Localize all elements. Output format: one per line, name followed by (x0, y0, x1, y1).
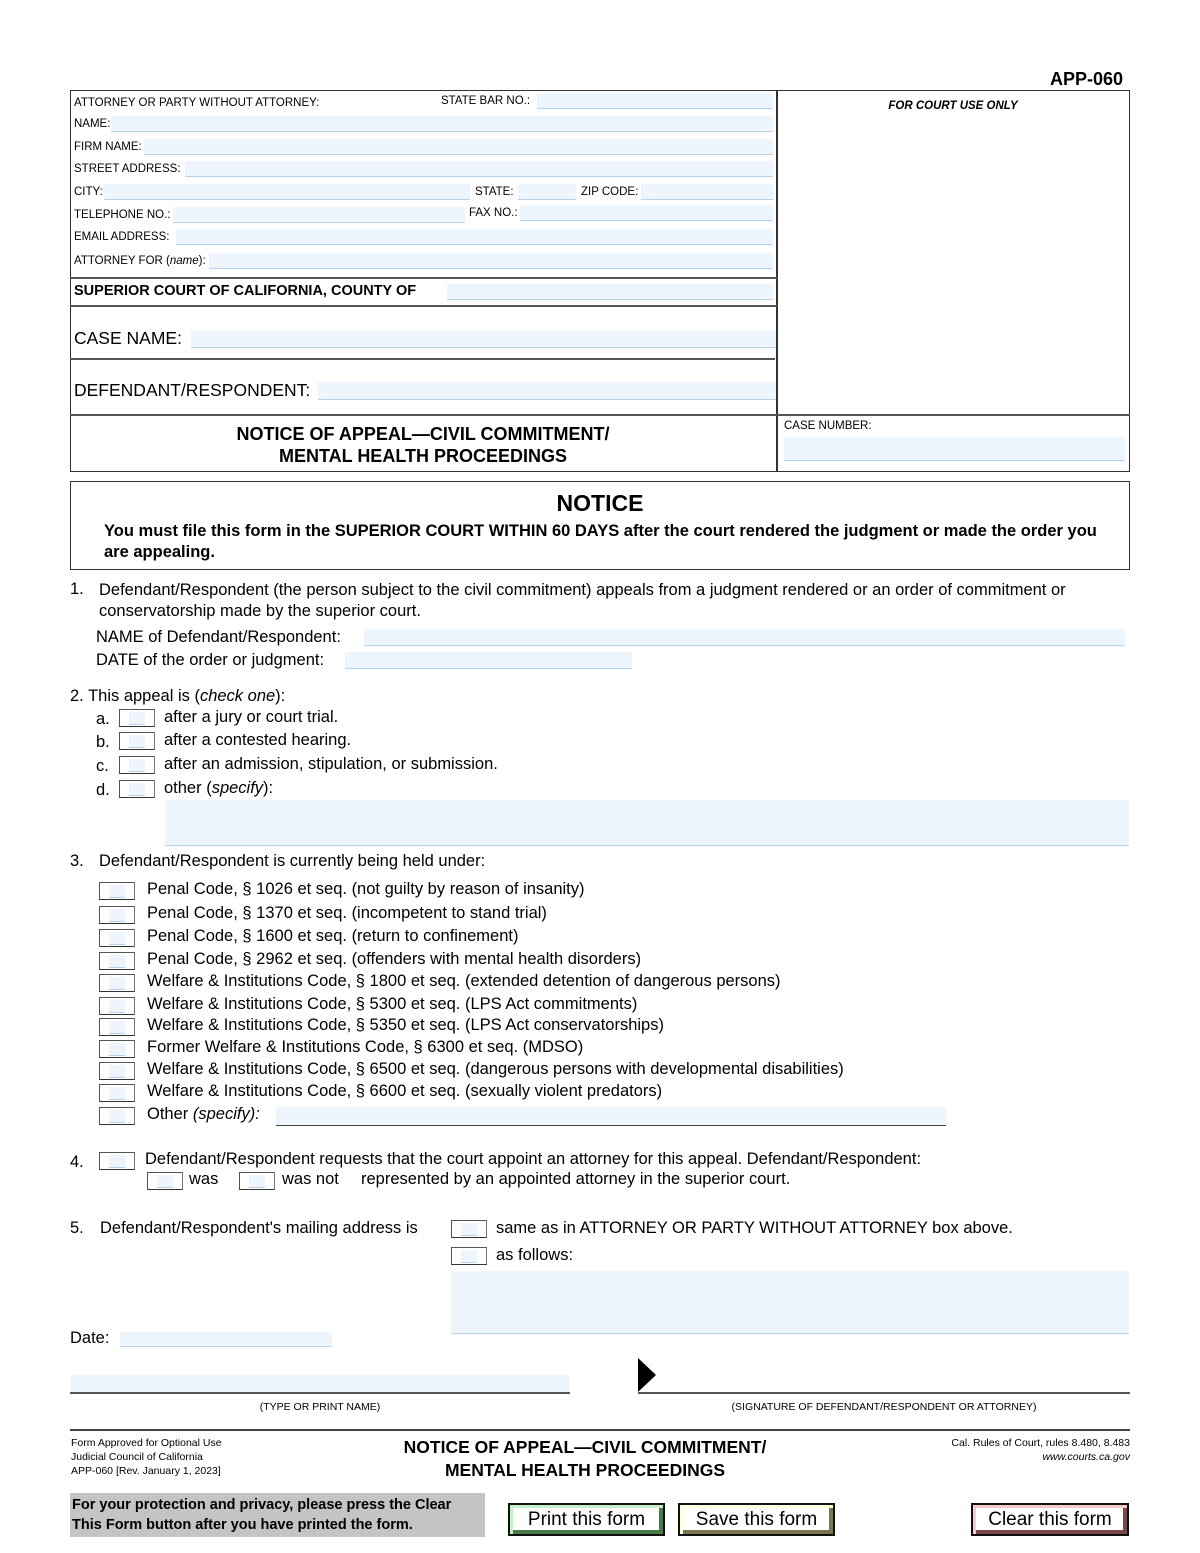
fax-input[interactable] (520, 205, 773, 221)
item5-same-checkbox[interactable] (451, 1220, 487, 1238)
clear-form-button[interactable]: Clear this form (971, 1503, 1129, 1536)
firm-name-input[interactable] (144, 139, 773, 155)
item3-option-label: Welfare & Institutions Code, § 1800 et s… (147, 972, 781, 991)
item2b-letter: b. (96, 733, 110, 752)
item2d-letter: d. (96, 781, 110, 800)
item4-tail: represented by an appointed attorney in … (361, 1170, 790, 1189)
item2d-checkbox[interactable] (119, 780, 155, 798)
item3-option-checkbox[interactable] (99, 882, 135, 900)
item2-intro: This appeal is ( (88, 687, 200, 705)
defendant-input[interactable] (318, 382, 776, 400)
case-number-input[interactable] (784, 437, 1125, 461)
item3-option-label: Former Welfare & Institutions Code, § 63… (147, 1038, 583, 1057)
item3-option-checkbox[interactable] (99, 929, 135, 947)
county-input[interactable] (447, 284, 773, 300)
telephone-label: TELEPHONE NO.: (74, 209, 171, 221)
city-input[interactable] (104, 184, 470, 200)
email-label: EMAIL ADDRESS: (74, 231, 169, 243)
item2b-label: after a contested hearing. (164, 731, 351, 750)
footer-divider (70, 1429, 1130, 1431)
item4-text: Defendant/Respondent requests that the c… (145, 1150, 921, 1169)
attorney-for-label: ATTORNEY FOR (name): (74, 255, 206, 267)
footer-left-line3: APP-060 [Rev. January 1, 2023] (71, 1464, 222, 1478)
divider (70, 277, 777, 279)
state-bar-input[interactable] (537, 93, 773, 109)
telephone-input[interactable] (173, 207, 465, 223)
name-label: NAME: (74, 118, 110, 130)
item3-number: 3. (70, 852, 84, 871)
case-name-label: CASE NAME: (74, 328, 182, 349)
item3-option-label: Penal Code, § 1600 et seq. (return to co… (147, 927, 518, 946)
item3-other-label: Other (specify): (147, 1105, 260, 1124)
signature-arrow-icon (638, 1358, 656, 1392)
item3-option-checkbox[interactable] (99, 1018, 135, 1036)
item4-was-checkbox[interactable] (147, 1172, 183, 1190)
street-address-input[interactable] (185, 161, 773, 177)
item3-option-label: Welfare & Institutions Code, § 5300 et s… (147, 995, 637, 1014)
item3-other-checkbox[interactable] (99, 1107, 135, 1125)
print-name-line (70, 1392, 570, 1394)
email-input[interactable] (176, 229, 773, 245)
footer-left: Form Approved for Optional Use Judicial … (71, 1436, 222, 1478)
print-name-input[interactable] (70, 1375, 570, 1392)
signature-caption: (SIGNATURE OF DEFENDANT/RESPONDENT OR AT… (638, 1401, 1130, 1413)
divider (70, 358, 775, 360)
footer-website-link[interactable]: www.courts.ca.gov (951, 1450, 1130, 1464)
item2-intro-close: ): (275, 687, 285, 705)
court-use-only: FOR COURT USE ONLY (778, 100, 1128, 112)
item5-text: Defendant/Respondent's mailing address i… (100, 1219, 418, 1238)
item5-same-label: same as in ATTORNEY OR PARTY WITHOUT ATT… (496, 1219, 1013, 1238)
item2-number: 2. (70, 687, 84, 705)
order-date-input[interactable] (345, 652, 632, 669)
item1-date-label: DATE of the order or judgment: (96, 651, 324, 670)
item3-other-italic: (specify): (193, 1105, 260, 1123)
print-form-button[interactable]: Print this form (508, 1503, 665, 1536)
item3-other-text: Other (147, 1105, 193, 1123)
item2a-letter: a. (96, 710, 110, 729)
state-bar-label: STATE BAR NO.: (441, 95, 530, 107)
item4-was-not-label: was not (282, 1170, 339, 1189)
attorney-label: ATTORNEY OR PARTY WITHOUT ATTORNEY: (74, 97, 319, 109)
item3-other-input[interactable] (276, 1107, 946, 1126)
city-label: CITY: (74, 186, 103, 198)
privacy-notice: For your protection and privacy, please … (70, 1493, 485, 1537)
notice-text: You must file this form in the SUPERIOR … (71, 521, 1129, 563)
attorney-for-italic: name (170, 255, 199, 267)
case-name-input[interactable] (191, 330, 776, 348)
divider (70, 414, 1130, 416)
item1-name-label: NAME of Defendant/Respondent: (96, 628, 341, 647)
date-label: Date: (70, 1329, 109, 1348)
item5-follows-checkbox[interactable] (451, 1247, 487, 1265)
form-id: APP-060 (1050, 69, 1123, 90)
attorney-for-close: ): (199, 255, 206, 267)
item2a-label: after a jury or court trial. (164, 708, 338, 727)
form-title-line2: MENTAL HEALTH PROCEEDINGS (70, 445, 776, 467)
item2-intro-italic: check one (200, 687, 275, 705)
attorney-for-text: ATTORNEY FOR ( (74, 255, 170, 267)
footer-right: Cal. Rules of Court, rules 8.480, 8.483 … (951, 1436, 1130, 1464)
zip-code-label: ZIP CODE: (581, 186, 638, 198)
item3-option-label: Penal Code, § 1370 et seq. (incompetent … (147, 904, 547, 923)
item3-option-checkbox[interactable] (99, 1084, 135, 1102)
form-title-line1: NOTICE OF APPEAL—CIVIL COMMITMENT/ (70, 423, 776, 445)
item4-was-not-checkbox[interactable] (239, 1172, 275, 1190)
state-input[interactable] (518, 184, 576, 200)
notice-box: NOTICE You must file this form in the SU… (70, 481, 1130, 570)
item1-number: 1. (70, 580, 84, 599)
signature-date-input[interactable] (120, 1332, 332, 1347)
fax-label: FAX NO.: (469, 207, 518, 219)
item2b-checkbox[interactable] (119, 732, 155, 750)
item5-follows-label: as follows: (496, 1246, 573, 1265)
defendant-name-input[interactable] (364, 629, 1125, 646)
item2c-letter: c. (96, 757, 109, 776)
case-number-label: CASE NUMBER: (784, 420, 872, 432)
item2d-label-close: ): (263, 779, 273, 797)
item2-heading: 2. This appeal is (check one): (70, 687, 285, 706)
print-name-caption: (TYPE OR PRINT NAME) (70, 1401, 570, 1413)
item3-option-checkbox[interactable] (99, 974, 135, 992)
item3-option-label: Penal Code, § 2962 et seq. (offenders wi… (147, 950, 641, 969)
divider (70, 305, 777, 307)
signature-line[interactable] (638, 1392, 1130, 1394)
item3-option-label: Penal Code, § 1026 et seq. (not guilty b… (147, 880, 585, 899)
item3-option-checkbox[interactable] (99, 997, 135, 1015)
item3-option-checkbox[interactable] (99, 1040, 135, 1058)
notice-heading: NOTICE (71, 490, 1129, 517)
item2c-label: after an admission, stipulation, or subm… (164, 755, 498, 774)
save-form-button[interactable]: Save this form (678, 1503, 835, 1536)
item4-was-label: was (189, 1170, 218, 1189)
street-address-label: STREET ADDRESS: (74, 163, 181, 175)
item1-text: Defendant/Respondent (the person subject… (99, 580, 1129, 622)
item2d-label-text: other ( (164, 779, 212, 797)
item3-option-checkbox[interactable] (99, 1062, 135, 1080)
footer-title-line1: NOTICE OF APPEAL—CIVIL COMMITMENT/ (340, 1436, 830, 1459)
item3-option-checkbox[interactable] (99, 906, 135, 924)
item2a-checkbox[interactable] (119, 709, 155, 727)
court-label: SUPERIOR COURT OF CALIFORNIA, COUNTY OF (74, 283, 416, 299)
mailing-address-input[interactable] (451, 1271, 1129, 1334)
item2d-label: other (specify): (164, 779, 273, 798)
footer-title-line2: MENTAL HEALTH PROCEEDINGS (340, 1459, 830, 1482)
footer-rules: Cal. Rules of Court, rules 8.480, 8.483 (951, 1436, 1130, 1450)
item2c-checkbox[interactable] (119, 756, 155, 774)
item3-intro: Defendant/Respondent is currently being … (99, 852, 485, 871)
item2d-label-italic: specify (212, 779, 263, 797)
item4-number: 4. (70, 1153, 84, 1172)
form-title: NOTICE OF APPEAL—CIVIL COMMITMENT/ MENTA… (70, 423, 776, 467)
item4-request-checkbox[interactable] (99, 1152, 135, 1170)
state-label: STATE: (475, 186, 514, 198)
item5-number: 5. (70, 1219, 84, 1238)
attorney-for-input[interactable] (209, 253, 773, 269)
item2-other-input[interactable] (165, 800, 1129, 846)
item3-option-label: Welfare & Institutions Code, § 6600 et s… (147, 1082, 662, 1101)
firm-name-label: FIRM NAME: (74, 141, 142, 153)
item3-option-label: Welfare & Institutions Code, § 6500 et s… (147, 1060, 844, 1079)
footer-left-line1: Form Approved for Optional Use (71, 1436, 222, 1450)
name-input[interactable] (111, 116, 773, 132)
defendant-label: DEFENDANT/RESPONDENT: (74, 380, 310, 401)
item3-option-checkbox[interactable] (99, 952, 135, 970)
footer-title: NOTICE OF APPEAL—CIVIL COMMITMENT/ MENTA… (340, 1436, 830, 1482)
item3-option-label: Welfare & Institutions Code, § 5350 et s… (147, 1016, 664, 1035)
zip-code-input[interactable] (641, 184, 773, 200)
footer-left-line2: Judicial Council of California (71, 1450, 222, 1464)
